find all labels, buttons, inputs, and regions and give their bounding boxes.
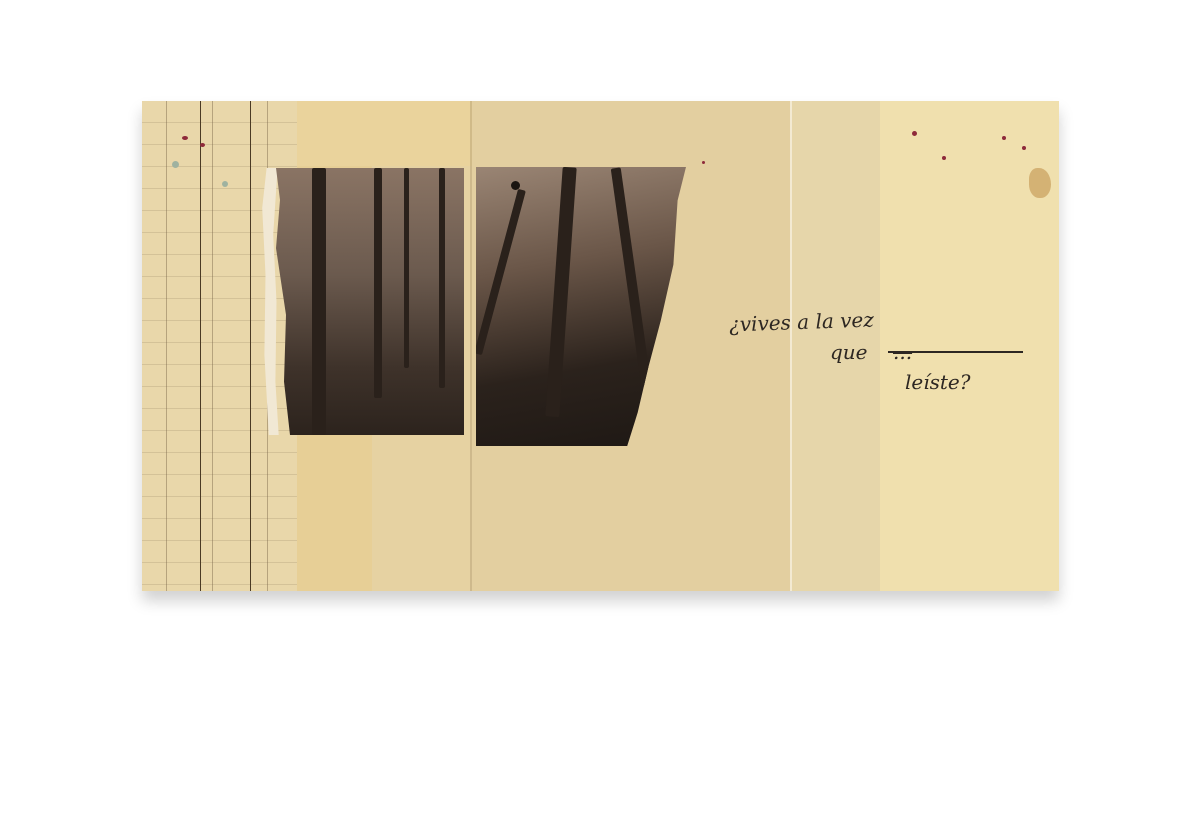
paper-stain xyxy=(1029,168,1051,198)
handwriting-line-1: ¿vives a la vez xyxy=(729,307,875,336)
forest-trees-photo xyxy=(264,168,464,435)
handwriting-line-3: leíste? xyxy=(905,370,971,394)
handwriting-line-2: que xyxy=(830,340,868,364)
strikethrough-line xyxy=(888,351,1023,353)
photo-hole xyxy=(511,181,520,190)
open-notebook xyxy=(142,101,1059,591)
paper-strip-top xyxy=(297,101,472,166)
